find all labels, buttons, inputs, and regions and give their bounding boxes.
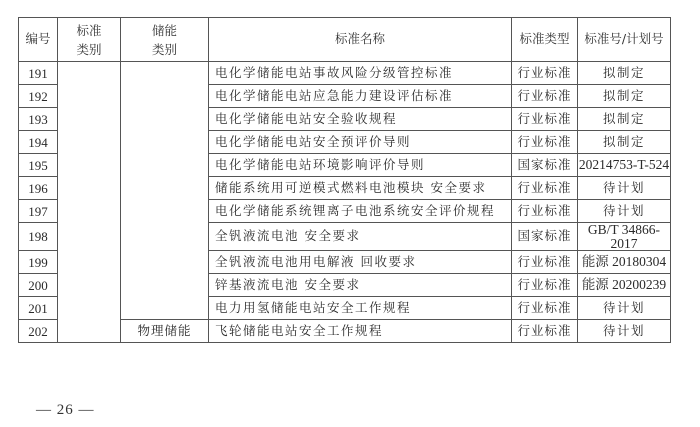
storage-category-cell <box>121 62 209 320</box>
row-number: 195 <box>19 154 58 177</box>
standard-code: 拟制定 <box>578 62 671 85</box>
standard-name: 全钒液流电池用电解液 回收要求 <box>209 251 512 274</box>
standard-type: 行业标准 <box>512 108 578 131</box>
row-number: 193 <box>19 108 58 131</box>
standard-code: 能源 20180304 <box>578 251 671 274</box>
standard-name: 飞轮储能电站安全工作规程 <box>209 320 512 343</box>
standard-name: 锌基液流电池 安全要求 <box>209 274 512 297</box>
standard-type: 行业标准 <box>512 85 578 108</box>
standards-table: 编号 标准 类别 储能 类别 标准名称 标准类型 标准号/计划号 191 电化学… <box>18 17 671 343</box>
standard-type: 行业标准 <box>512 251 578 274</box>
header-standard-type: 标准类型 <box>512 18 578 62</box>
row-number: 198 <box>19 223 58 251</box>
header-storage-category: 储能 类别 <box>121 18 209 62</box>
standard-code: GB/T 34866-2017 <box>578 223 671 251</box>
standard-type: 行业标准 <box>512 131 578 154</box>
standard-type: 国家标准 <box>512 154 578 177</box>
standard-code: 20214753-T-524 <box>578 154 671 177</box>
table-header-row: 编号 标准 类别 储能 类别 标准名称 标准类型 标准号/计划号 <box>19 18 671 62</box>
standard-type: 行业标准 <box>512 200 578 223</box>
standard-type: 行业标准 <box>512 62 578 85</box>
header-standard-name: 标准名称 <box>209 18 512 62</box>
standard-type: 行业标准 <box>512 177 578 200</box>
header-standard-code: 标准号/计划号 <box>578 18 671 62</box>
standard-type: 国家标准 <box>512 223 578 251</box>
standard-name: 电力用氢储能电站安全工作规程 <box>209 297 512 320</box>
row-number: 197 <box>19 200 58 223</box>
standard-code: 拟制定 <box>578 108 671 131</box>
standard-type: 行业标准 <box>512 320 578 343</box>
standard-name: 电化学储能电站事故风险分级管控标准 <box>209 62 512 85</box>
page-number: — 26 — <box>36 402 95 419</box>
row-number: 202 <box>19 320 58 343</box>
row-number: 201 <box>19 297 58 320</box>
row-number: 192 <box>19 85 58 108</box>
standard-name: 电化学储能电站环境影响评价导则 <box>209 154 512 177</box>
standard-name: 电化学储能电站安全预评价导则 <box>209 131 512 154</box>
row-number: 191 <box>19 62 58 85</box>
row-number: 200 <box>19 274 58 297</box>
standard-type: 行业标准 <box>512 297 578 320</box>
row-number: 194 <box>19 131 58 154</box>
standard-code: 待计划 <box>578 320 671 343</box>
standard-category-cell <box>58 62 121 343</box>
standard-name: 电化学储能电站安全验收规程 <box>209 108 512 131</box>
standard-code: 待计划 <box>578 297 671 320</box>
standard-name: 电化学储能系统锂离子电池系统安全评价规程 <box>209 200 512 223</box>
standard-code: 能源 20200239 <box>578 274 671 297</box>
row-number: 199 <box>19 251 58 274</box>
standard-name: 储能系统用可逆模式燃料电池模块 安全要求 <box>209 177 512 200</box>
table-row: 191 电化学储能电站事故风险分级管控标准 行业标准 拟制定 <box>19 62 671 85</box>
header-number: 编号 <box>19 18 58 62</box>
standard-code: 拟制定 <box>578 85 671 108</box>
standard-name: 全钒液流电池 安全要求 <box>209 223 512 251</box>
standard-name: 电化学储能电站应急能力建设评估标准 <box>209 85 512 108</box>
standard-code: 待计划 <box>578 177 671 200</box>
row-number: 196 <box>19 177 58 200</box>
standard-type: 行业标准 <box>512 274 578 297</box>
storage-category-physical: 物理储能 <box>121 320 209 343</box>
header-standard-category: 标准 类别 <box>58 18 121 62</box>
standard-code: 拟制定 <box>578 131 671 154</box>
standard-code: 待计划 <box>578 200 671 223</box>
